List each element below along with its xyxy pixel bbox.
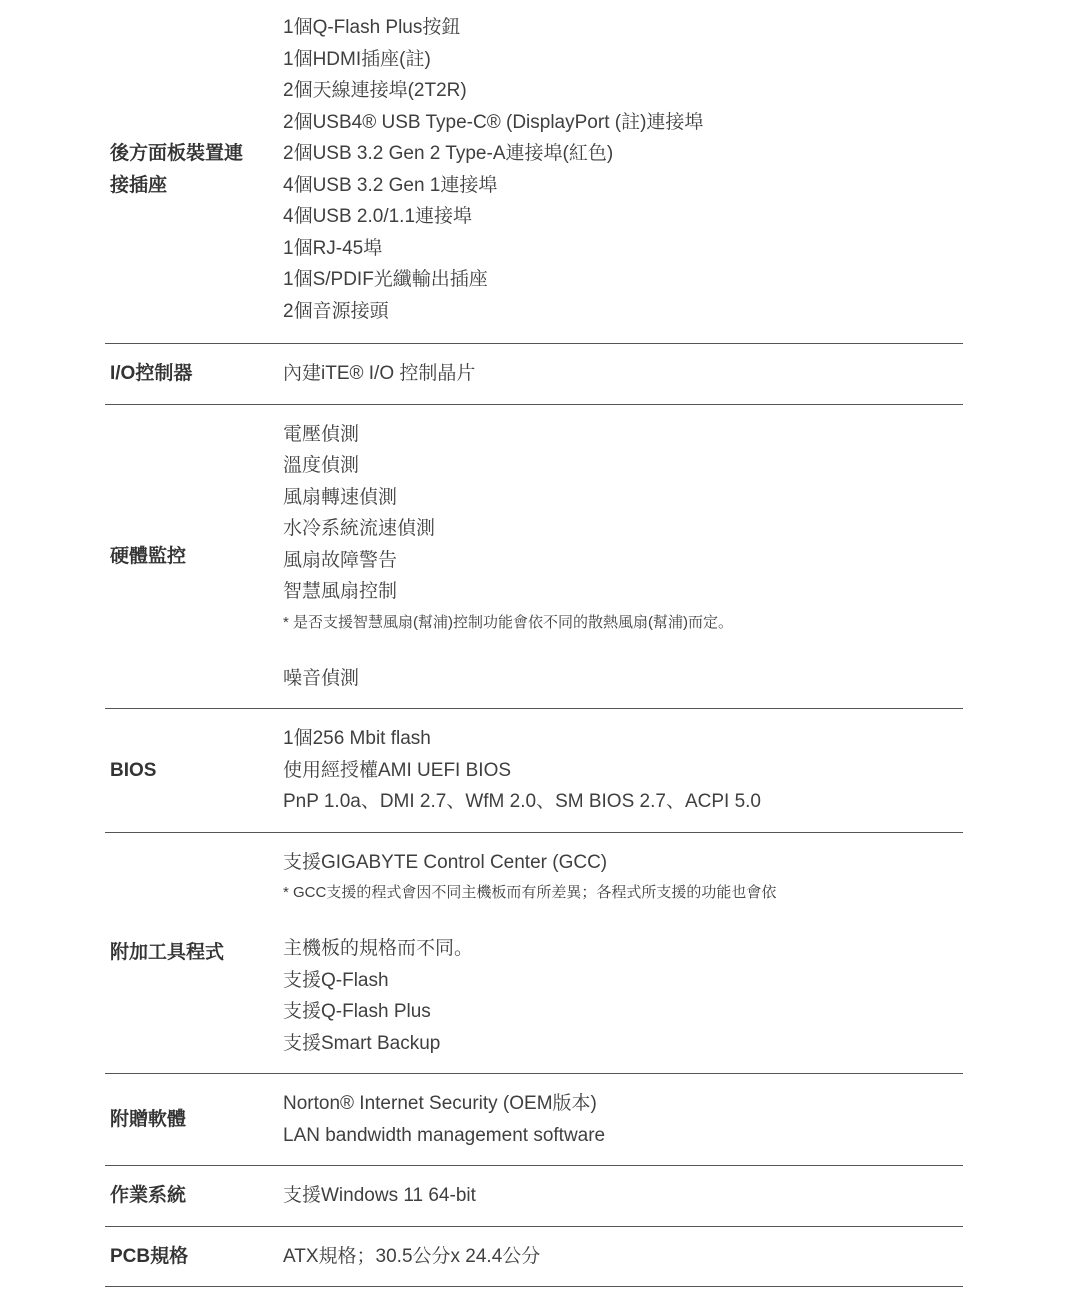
spec-row-label: BIOS [105,723,283,818]
spec-row-3: 硬體監控 電壓偵測溫度偵測風扇轉速偵測水冷系統流速偵測風扇故障警告智慧風扇控制*… [105,405,963,710]
spec-line: 支援Q-Flash [283,965,963,997]
spec-line: 2個USB 3.2 Gen 2 Type-A連接埠(紅色) [283,138,963,170]
spec-line: 支援Smart Backup [283,1028,963,1060]
spec-line: 水冷系統流速偵測 [283,513,963,545]
spec-row-label: 附贈軟體 [105,1088,283,1151]
spec-line: 電壓偵測 [283,419,963,451]
spec-line: 智慧風扇控制 [283,576,963,608]
spec-spacer [283,637,963,663]
spec-row-value: Norton® Internet Security (OEM版本)LAN ban… [283,1088,963,1151]
spec-row-1: 後方面板裝置連接插座 1個Q-Flash Plus按鈕1個HDMI插座(註)2個… [105,0,963,344]
spec-row-2: I/O控制器 內建iTE® I/O 控制晶片 [105,344,963,405]
spec-note-line: * 是否支援智慧風扇(幫浦)控制功能會依不同的散熱風扇(幫浦)而定。 [283,608,963,637]
spec-line: 2個天線連接埠(2T2R) [283,75,963,107]
spec-row-value: 電壓偵測溫度偵測風扇轉速偵測水冷系統流速偵測風扇故障警告智慧風扇控制* 是否支援… [283,419,963,695]
spec-row-label: PCB規格 [105,1241,283,1273]
spec-line: 1個RJ-45埠 [283,233,963,265]
spec-row-7: 作業系統 支援Windows 11 64-bit [105,1166,963,1227]
spec-line: 使用經授權AMI UEFI BIOS [283,755,963,787]
spec-line: 噪音偵測 [283,663,963,695]
spec-table: 後方面板裝置連接插座 1個Q-Flash Plus按鈕1個HDMI插座(註)2個… [105,0,963,1287]
spec-line: 1個256 Mbit flash [283,723,963,755]
spec-line: Norton® Internet Security (OEM版本) [283,1088,963,1120]
spec-line: 支援Windows 11 64-bit [283,1180,963,1212]
spec-spacer [283,907,963,933]
spec-line: ATX規格；30.5公分x 24.4公分 [283,1241,963,1273]
spec-line: 4個USB 2.0/1.1連接埠 [283,201,963,233]
spec-line: 4個USB 3.2 Gen 1連接埠 [283,170,963,202]
spec-row-value: 支援GIGABYTE Control Center (GCC)* GCC支援的程… [283,847,963,1060]
spec-line: 1個Q-Flash Plus按鈕 [283,12,963,44]
spec-row-8: PCB規格 ATX規格；30.5公分x 24.4公分 [105,1227,963,1288]
spec-line: LAN bandwidth management software [283,1120,963,1152]
spec-line: 支援GIGABYTE Control Center (GCC) [283,847,963,879]
spec-row-value: ATX規格；30.5公分x 24.4公分 [283,1241,963,1273]
spec-line: 支援Q-Flash Plus [283,996,963,1028]
spec-row-label: 作業系統 [105,1180,283,1212]
spec-row-value: 1個256 Mbit flash使用經授權AMI UEFI BIOSPnP 1.… [283,723,963,818]
spec-line: PnP 1.0a、DMI 2.7、WfM 2.0、SM BIOS 2.7、ACP… [283,786,963,818]
spec-row-value: 內建iTE® I/O 控制晶片 [283,358,963,390]
spec-row-label: I/O控制器 [105,358,283,390]
spec-line: 風扇轉速偵測 [283,482,963,514]
spec-row-value: 1個Q-Flash Plus按鈕1個HDMI插座(註)2個天線連接埠(2T2R)… [283,12,963,327]
spec-line: 1個S/PDIF光纖輸出插座 [283,264,963,296]
spec-row-label: 附加工具程式 [105,847,283,1060]
spec-row-6: 附贈軟體 Norton® Internet Security (OEM版本)LA… [105,1074,963,1166]
spec-line: 2個USB4® USB Type-C® (DisplayPort (註)連接埠 [283,107,963,139]
spec-row-5: 附加工具程式 支援GIGABYTE Control Center (GCC)* … [105,833,963,1075]
spec-row-label: 後方面板裝置連接插座 [105,12,283,327]
spec-note-line: * GCC支援的程式會因不同主機板而有所差異；各程式所支援的功能也會依 [283,878,963,907]
spec-line: 內建iTE® I/O 控制晶片 [283,358,963,390]
spec-row-4: BIOS 1個256 Mbit flash使用經授權AMI UEFI BIOSP… [105,709,963,833]
spec-row-value: 支援Windows 11 64-bit [283,1180,963,1212]
spec-line: 2個音源接頭 [283,296,963,328]
spec-line: 溫度偵測 [283,450,963,482]
spec-line: 主機板的規格而不同。 [283,933,963,965]
spec-row-label: 硬體監控 [105,419,283,695]
spec-line: 1個HDMI插座(註) [283,44,963,76]
spec-line: 風扇故障警告 [283,545,963,577]
